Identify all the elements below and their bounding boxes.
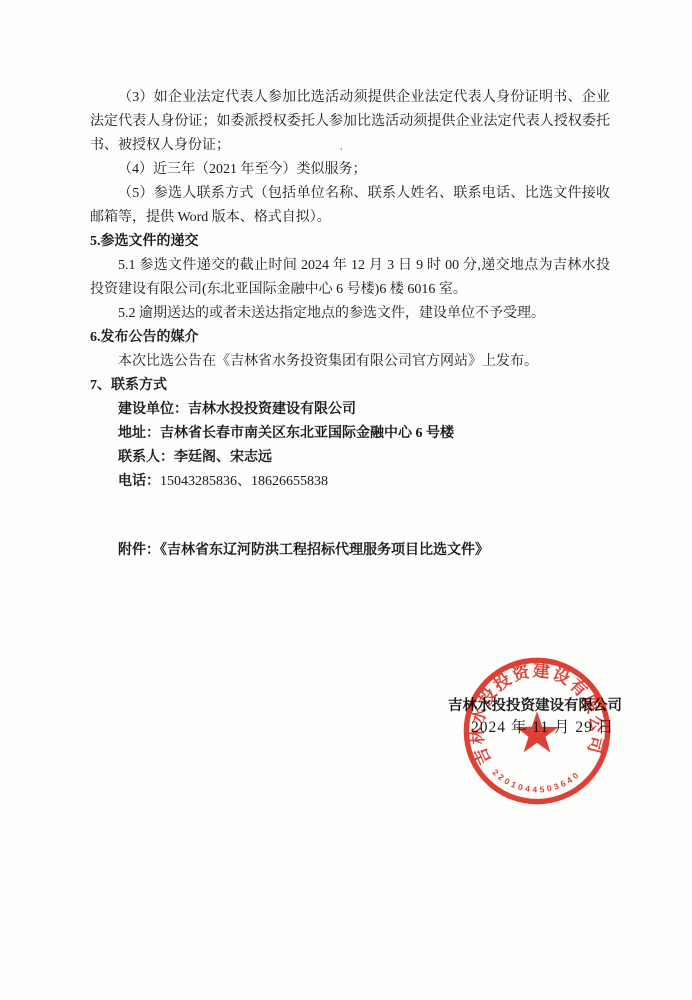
attachment-line: 附件：《吉林省东辽河防洪工程招标代理服务项目比选文件》 bbox=[90, 539, 610, 563]
contact-address-value: 吉林省长春市南关区东北亚国际金融中心 6 号楼 bbox=[160, 426, 454, 441]
section-6-heading: 6.发布公告的媒介 bbox=[90, 326, 610, 350]
contact-unit: 建设单位：吉林水投投资建设有限公司 bbox=[90, 398, 610, 422]
contact-person-value: 李廷阁、宋志远 bbox=[174, 450, 272, 465]
scan-artifact: , bbox=[340, 140, 343, 152]
clause-3: （3）如企业法定代表人参加比选活动须提供企业法定代表人身份证明书、企业法定代表人… bbox=[90, 86, 610, 158]
contact-unit-value: 吉林水投投资建设有限公司 bbox=[188, 402, 356, 417]
seal-company-arc: 吉林水投投资建设有限公司 bbox=[459, 653, 609, 771]
clause-5-2: 5.2 逾期送达的或者未送达指定地点的参选文件，建设单位不予受理。 bbox=[90, 302, 610, 326]
contact-address-label: 地址： bbox=[118, 426, 160, 441]
document-page: （3）如企业法定代表人参加比选活动须提供企业法定代表人身份证明书、企业法定代表人… bbox=[0, 0, 692, 1000]
contact-phone-label: 电话： bbox=[118, 474, 160, 489]
clause-5-1: 5.1 参选文件递交的截止时间 2024 年 12 月 3 日 9 时 00 分… bbox=[90, 254, 610, 302]
seal-star-icon bbox=[515, 711, 558, 752]
contact-person: 联系人：李廷阁、宋志远 bbox=[90, 446, 610, 470]
section-7-heading: 7、联系方式 bbox=[90, 374, 610, 398]
document-body: （3）如企业法定代表人参加比选活动须提供企业法定代表人身份证明书、企业法定代表人… bbox=[90, 86, 610, 563]
section-5-heading: 5.参选文件的递交 bbox=[90, 230, 610, 254]
contact-unit-label: 建设单位： bbox=[118, 402, 188, 417]
company-seal-stamp: 吉林水投投资建设有限公司 2201044503640 bbox=[458, 652, 616, 810]
clause-5: （5）参选人联系方式（包括单位名称、联系人姓名、联系电话、比选文件接收邮箱等，提… bbox=[90, 182, 610, 230]
clause-4: （4）近三年（2021 年至今）类似服务； bbox=[90, 158, 610, 182]
contact-address: 地址：吉林省长春市南关区东北亚国际金融中心 6 号楼 bbox=[90, 422, 610, 446]
contact-phone-value: 15043285836、18626655838 bbox=[160, 474, 328, 489]
section-6-body: 本次比选公告在《吉林省水务投资集团有限公司官方网站》上发布。 bbox=[90, 350, 610, 374]
contact-person-label: 联系人： bbox=[118, 450, 174, 465]
contact-phone: 电话：15043285836、18626655838 bbox=[90, 470, 610, 494]
